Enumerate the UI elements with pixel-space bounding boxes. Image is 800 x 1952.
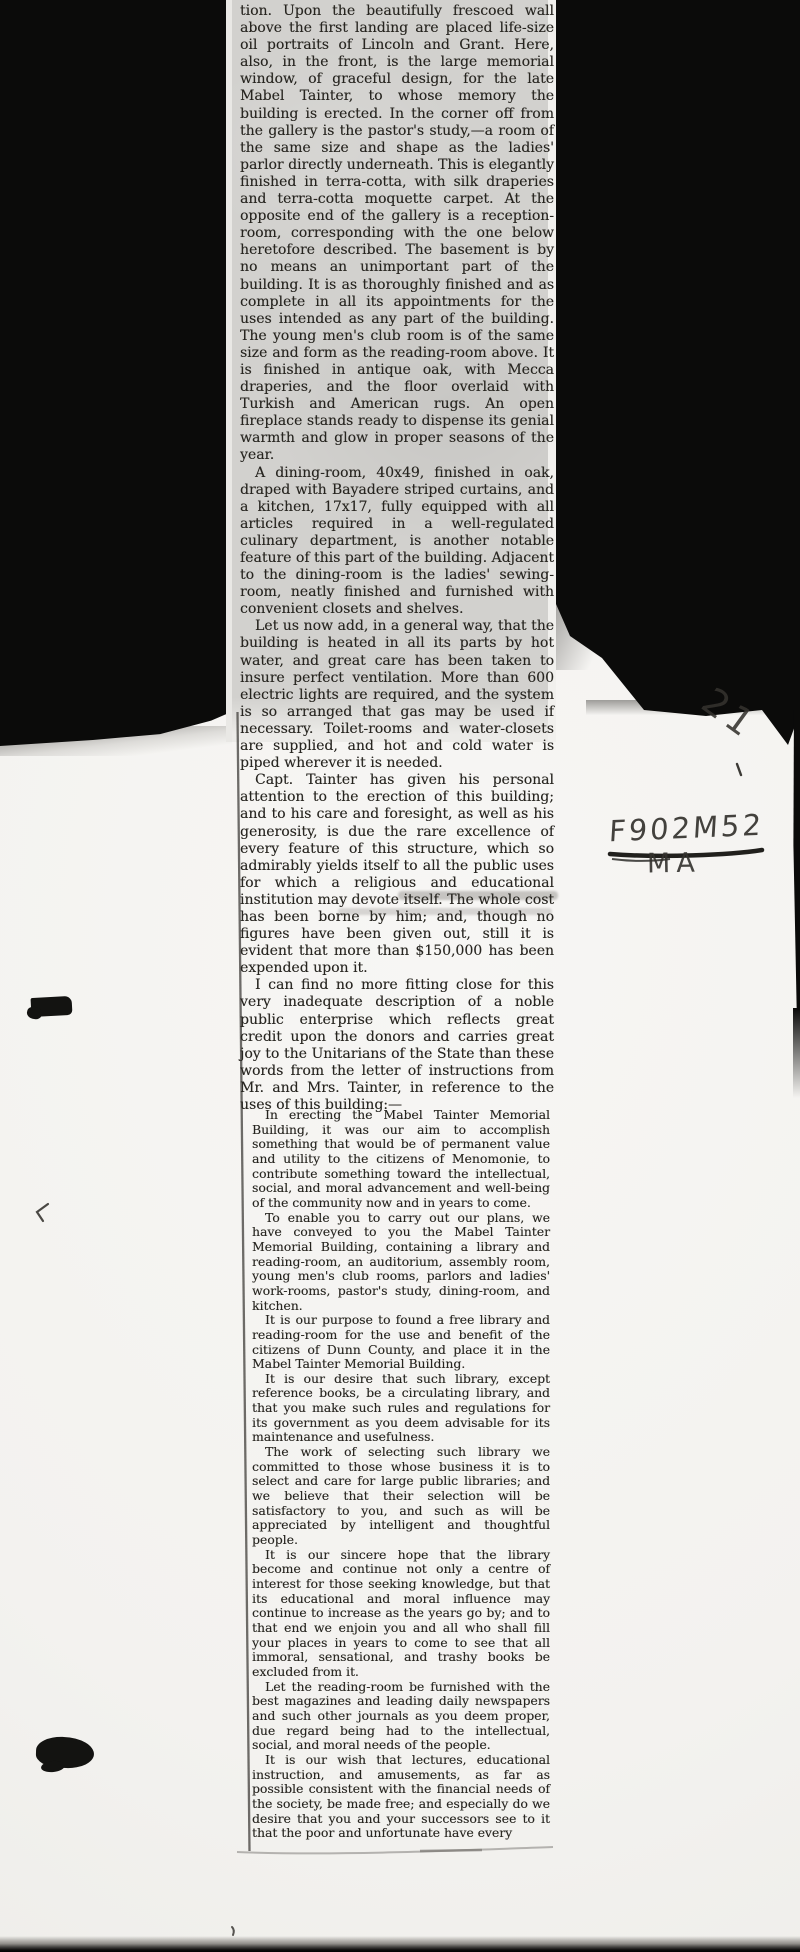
letter-paragraph: It is our wish that lectures, educationa… <box>252 1753 550 1841</box>
article-paragraph: A dining-room, 40x49, finished in oak, d… <box>240 465 554 619</box>
scan-bottom-edge-band <box>0 1936 800 1952</box>
article-paragraph: tion. Upon the beautifully frescoed wall… <box>240 3 554 465</box>
clipping-bottom-edge-line <box>237 1847 553 1853</box>
letter-paragraph: It is our sincere hope that the library … <box>252 1548 550 1680</box>
letter-paragraph: It is our desire that such library, exce… <box>252 1372 550 1445</box>
scan-background-top-left <box>0 0 232 746</box>
scan-background-right-edge <box>789 710 800 1010</box>
handwritten-initials: MA <box>647 848 701 880</box>
clipping-bottom-edge-dark-segment <box>420 1850 482 1851</box>
letter-paragraph: The work of selecting such library we co… <box>252 1445 550 1548</box>
letter-paragraph: To enable you to carry out our plans, we… <box>252 1211 550 1314</box>
article-paragraph: Capt. Tainter has given his personal att… <box>240 772 554 977</box>
pencil-check-mark <box>37 1204 48 1221</box>
letter-paragraph: Let the reading-room be furnished with t… <box>252 1680 550 1753</box>
article-column: tion. Upon the beautifully frescoed wall… <box>240 3 554 1114</box>
scan-background-top-right <box>556 0 800 748</box>
pencil-tick-mark <box>737 764 741 775</box>
scanned-page: tion. Upon the beautifully frescoed wall… <box>0 0 800 1952</box>
scan-background-right-edge-fade <box>793 1008 800 1098</box>
letter-paragraph: It is our purpose to found a free librar… <box>252 1313 550 1372</box>
letter-paragraph: In erecting the Mabel Tainter Memorial B… <box>252 1108 550 1211</box>
pencil-comma-mark <box>232 1927 234 1935</box>
handwritten-call-number: F902M52 <box>608 808 765 849</box>
article-paragraph: Let us now add, in a general way, that t… <box>240 618 554 772</box>
letter-of-instructions: In erecting the Mabel Tainter Memorial B… <box>252 1108 550 1841</box>
article-paragraph: I can find no more fitting close for thi… <box>240 977 554 1114</box>
